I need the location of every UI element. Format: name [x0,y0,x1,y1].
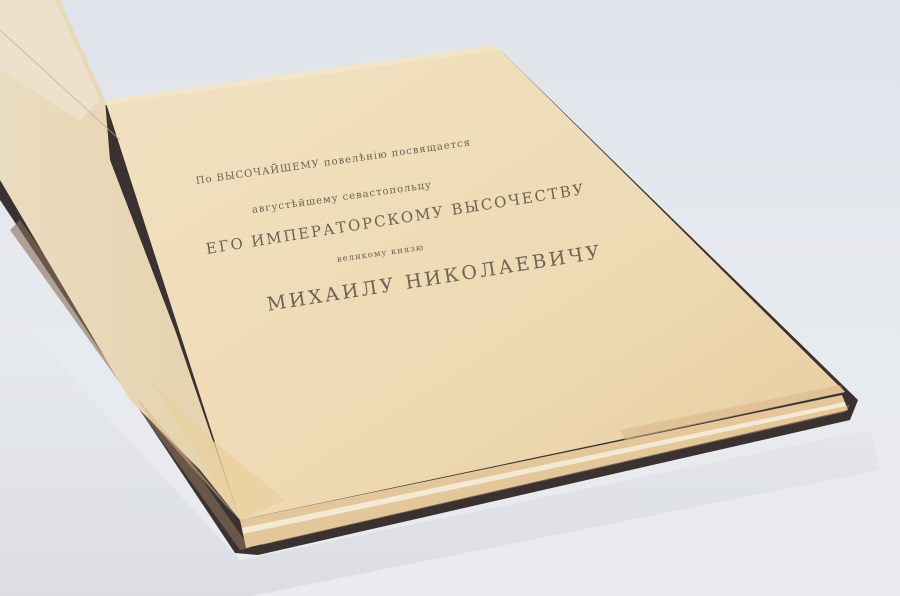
photo-scene: По ВЫСОЧАЙШЕМУ повелѣнію посвящается авг… [0,0,900,596]
book-illustration [0,0,900,596]
